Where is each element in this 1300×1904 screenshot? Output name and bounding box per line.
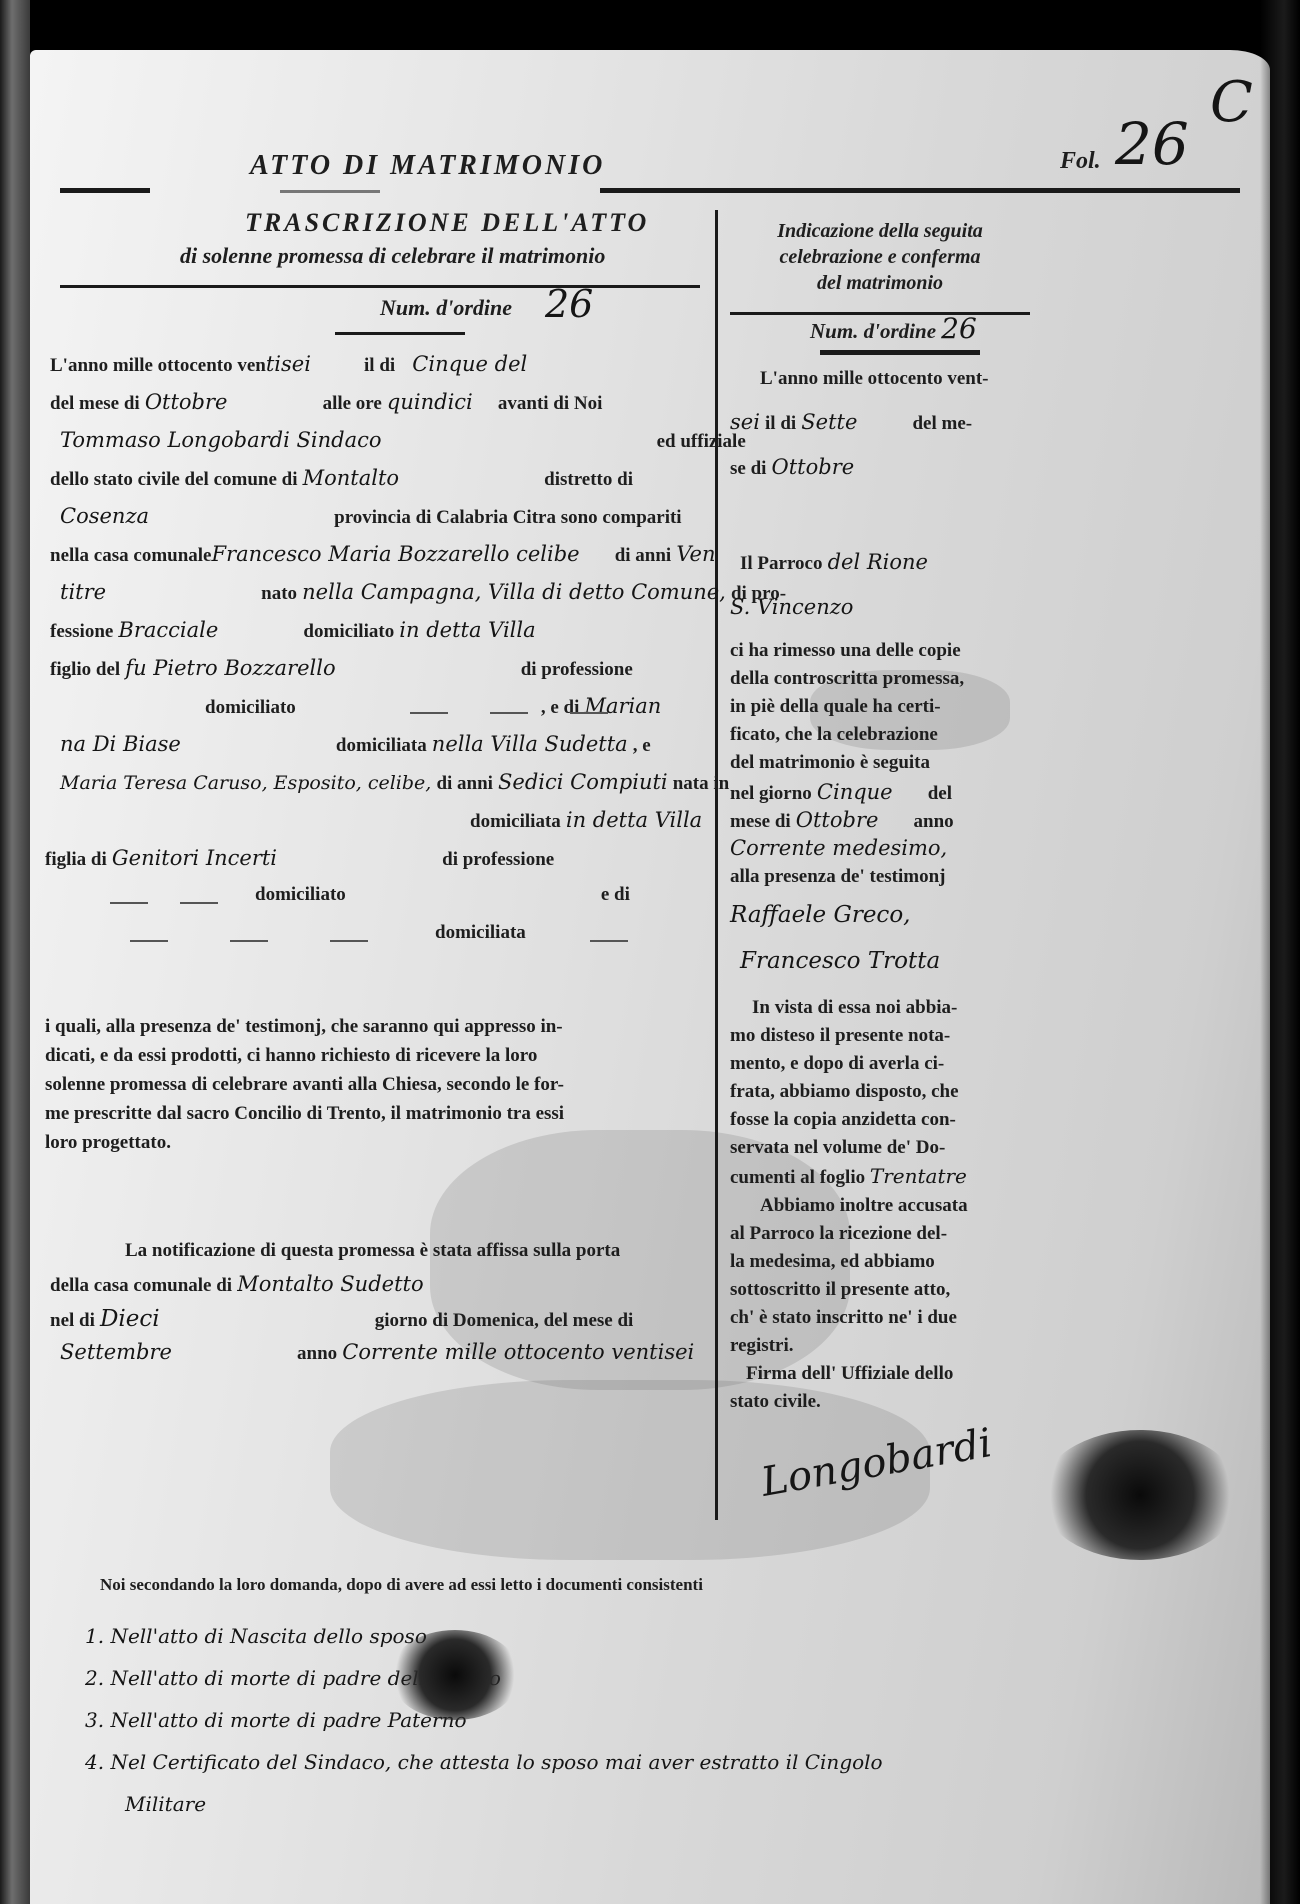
notification-line-2: della casa comunale di Montalto Sudetto — [50, 1272, 424, 1297]
right-line: Il Parroco del Rione — [740, 550, 928, 575]
right-line: L'anno mille ottocento vent- — [760, 368, 989, 390]
document-page: ATTO DI MATRIMONIO Fol. 26 C TRASCRIZION… — [30, 50, 1270, 1904]
blank-dash — [330, 940, 368, 942]
right-line: ficato, che la celebrazione — [730, 724, 938, 746]
witness-2: Francesco Trotta — [740, 948, 940, 974]
body-line: del mese di Ottobre alle ore quindici av… — [50, 390, 602, 415]
notification-line-3: nel di Dieci giorno di Domenica, del mes… — [50, 1306, 633, 1332]
right-line: Corrente medesimo, — [730, 836, 947, 860]
document-title: ATTO DI MATRIMONIO — [250, 150, 605, 182]
body-line: figlio del fu Pietro Bozzarello di profe… — [50, 656, 633, 681]
right-line: S. Vincenzo — [730, 595, 853, 619]
folio-label: Fol. — [1060, 148, 1101, 175]
right-paragraph-2: Abbiamo inoltre accusata al Parroco la r… — [730, 1192, 968, 1416]
header-rule — [280, 190, 380, 193]
notification-line-4: Settembre anno Corrente mille ottocento … — [60, 1340, 694, 1365]
page-shadow-edge — [1260, 0, 1300, 1904]
body-line: Maria Teresa Caruso, Esposito, celibe, d… — [60, 770, 729, 795]
promise-paragraph: i quali, alla presenza de' testimonj, ch… — [45, 1012, 695, 1157]
footer-intro: Noi secondando la loro domanda, dopo di … — [100, 1575, 703, 1595]
body-line: domiciliata in detta Villa — [470, 808, 702, 833]
right-order: Num. d'ordine 26 — [810, 312, 977, 345]
right-line: mese di Ottobre anno — [730, 808, 954, 833]
right-line: nel giorno Cinque del — [730, 780, 952, 805]
blank-dash — [110, 902, 148, 904]
right-heading: Indicazione della seguita celebrazione e… — [730, 218, 1030, 296]
body-line: L'anno mille ottocento ventisei il di Ci… — [50, 352, 527, 377]
order-number: 26 — [545, 282, 593, 326]
order-underline — [335, 332, 465, 335]
book-binding-edge — [0, 0, 30, 1904]
blank-dash — [130, 940, 168, 942]
body-line: domiciliata — [435, 922, 526, 944]
body-line: nella casa comunaleFrancesco Maria Bozza… — [50, 542, 716, 567]
blank-dash — [410, 712, 448, 714]
document-item: 4. Nel Certificato del Sindaco, che atte… — [85, 1741, 883, 1783]
body-line: Tommaso Longobardi Sindaco ed uffiziale — [60, 428, 746, 453]
left-subheading: di solenne promessa di celebrare il matr… — [180, 243, 605, 269]
body-line: fessione Bracciale domiciliato in detta … — [50, 618, 536, 643]
header-rule — [60, 188, 150, 193]
body-line: domiciliato , e di Marian — [205, 694, 661, 719]
right-line: ci ha rimesso una delle copie — [730, 640, 961, 662]
body-line: Cosenza provincia di Calabria Citra sono… — [60, 504, 682, 529]
blank-dash — [570, 712, 608, 714]
ink-blot — [390, 1630, 520, 1720]
blank-dash — [230, 940, 268, 942]
witness-1: Raffaele Greco, — [730, 902, 910, 928]
body-line: dello stato civile del comune di Montalt… — [50, 466, 633, 491]
left-heading: TRASCRIZIONE DELL'ATTO — [245, 208, 649, 238]
right-line: alla presenza de' testimonj — [730, 866, 946, 888]
body-line: figlia di Genitori Incerti di profession… — [45, 846, 554, 871]
blank-dash — [490, 712, 528, 714]
order-label: Num. d'ordine — [380, 295, 512, 321]
blank-dash — [590, 940, 628, 942]
ink-blot — [1040, 1430, 1240, 1560]
right-line: della controscritta promessa, — [730, 668, 964, 690]
right-line: in piè della quale ha certi- — [730, 696, 941, 718]
notification-line-1: La notificazione di questa promessa è st… — [125, 1240, 620, 1262]
blank-dash — [180, 902, 218, 904]
left-rule — [60, 285, 700, 288]
body-line: titre nato nella Campagna, Villa di dett… — [60, 580, 786, 605]
folio-number: 26 — [1115, 110, 1189, 178]
header-rule — [600, 188, 1240, 193]
right-line: del matrimonio è seguita — [730, 752, 930, 774]
body-line: na Di Biase domiciliata nella Villa Sude… — [60, 732, 651, 757]
right-line: sei il di Sette del me- — [730, 410, 972, 435]
right-line: se di Ottobre — [730, 455, 854, 480]
body-line: domiciliato e di — [255, 884, 630, 906]
corner-mark: C — [1210, 70, 1253, 135]
document-item: Militare — [85, 1783, 883, 1825]
right-paragraph: In vista di essa noi abbia- mo disteso i… — [730, 994, 967, 1192]
right-order-underline — [820, 350, 980, 355]
column-divider — [715, 210, 718, 1520]
